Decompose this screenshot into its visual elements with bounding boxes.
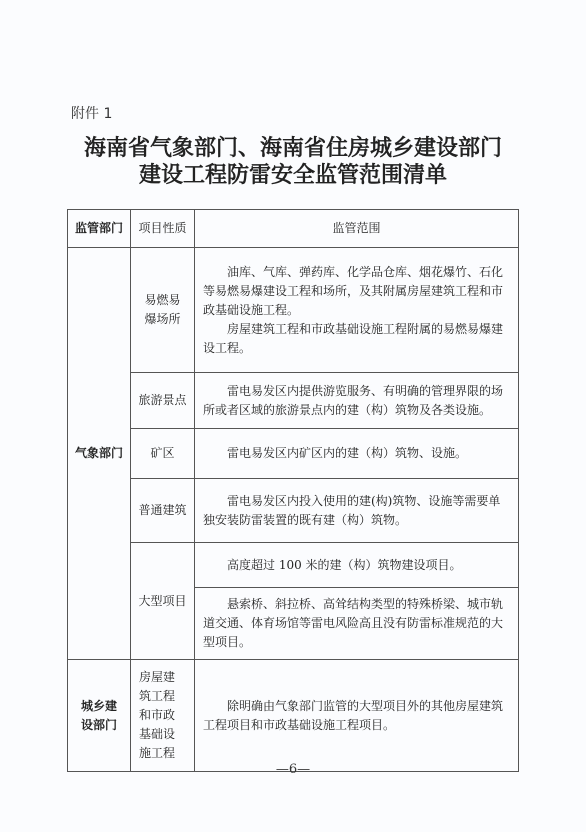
document-title-line-2: 建设工程防雷安全监管范围清单 — [0, 158, 586, 189]
table-row: 城乡建设部门 房屋建筑工程和市政基础设施工程 除明确由气象部门监管的大型项目外的… — [68, 660, 519, 772]
scope-cell: 雷电易发区内投入使用的建(构)筑物、设施等需要单独安装防雷装置的既有建（构）筑物… — [195, 479, 519, 543]
table-row: 普通建筑 雷电易发区内投入使用的建(构)筑物、设施等需要单独安装防雷装置的既有建… — [68, 479, 519, 543]
header-department: 监管部门 — [68, 210, 131, 248]
nature-cell: 大型项目 — [131, 543, 195, 660]
scope-cell: 悬索桥、斜拉桥、高耸结构类型的特殊桥梁、城市轨道交通、体育场馆等雷电风险高且没有… — [195, 588, 519, 660]
nature-cell: 矿区 — [131, 429, 195, 479]
scope-cell: 除明确由气象部门监管的大型项目外的其他房屋建筑工程项目和市政基础设施工程项目。 — [195, 660, 519, 772]
nature-text: 房屋建筑工程和市政基础设施工程 — [131, 668, 194, 763]
table-row: 矿区 雷电易发区内矿区内的建（构）筑物、设施。 — [68, 429, 519, 479]
header-project-nature: 项目性质 — [131, 210, 195, 248]
scope-text: 雷电易发区内提供游览服务、有明确的管理界限的场所或者区域的旅游景点内的建（构）筑… — [203, 382, 512, 420]
scope-text: 油库、气库、弹药库、化学品仓库、烟花爆竹、石化等易燃易爆建设工程和场所，及其附属… — [203, 263, 512, 320]
attachment-label: 附件 1 — [71, 103, 112, 123]
scope-text: 房屋建筑工程和市政基础设施工程附属的易燃易爆建设工程。 — [203, 320, 512, 358]
scope-cell: 高度超过 100 米的建（构）筑物建设项目。 — [195, 543, 519, 588]
scope-text: 高度超过 100 米的建（构）筑物建设项目。 — [203, 556, 512, 575]
scope-text: 悬索桥、斜拉桥、高耸结构类型的特殊桥梁、城市轨道交通、体育场馆等雷电风险高且没有… — [203, 595, 512, 652]
scope-cell: 雷电易发区内矿区内的建（构）筑物、设施。 — [195, 429, 519, 479]
scope-cell: 雷电易发区内提供游览服务、有明确的管理界限的场所或者区域的旅游景点内的建（构）筑… — [195, 373, 519, 429]
nature-cell: 旅游景点 — [131, 373, 195, 429]
table-header-row: 监管部门 项目性质 监管范围 — [68, 210, 519, 248]
nature-text: 易燃易爆场所 — [131, 291, 194, 329]
page-number: —6— — [0, 762, 586, 777]
scope-text: 除明确由气象部门监管的大型项目外的其他房屋建筑工程项目和市政基础设施工程项目。 — [203, 697, 512, 735]
header-scope: 监管范围 — [195, 210, 519, 248]
scope-text: 雷电易发区内矿区内的建（构）筑物、设施。 — [203, 444, 512, 463]
nature-cell: 房屋建筑工程和市政基础设施工程 — [131, 660, 195, 772]
department-text: 城乡建设部门 — [68, 697, 130, 735]
scope-text: 雷电易发区内投入使用的建(构)筑物、设施等需要单独安装防雷装置的既有建（构）筑物… — [203, 492, 512, 530]
table-row: 旅游景点 雷电易发区内提供游览服务、有明确的管理界限的场所或者区域的旅游景点内的… — [68, 373, 519, 429]
department-cell: 气象部门 — [68, 248, 131, 660]
scope-cell: 油库、气库、弹药库、化学品仓库、烟花爆竹、石化等易燃易爆建设工程和场所，及其附属… — [195, 248, 519, 373]
nature-cell: 易燃易爆场所 — [131, 248, 195, 373]
supervision-scope-table: 监管部门 项目性质 监管范围 气象部门 易燃易爆场所 油库、气库、弹药库、化学品… — [67, 209, 519, 772]
table-row: 气象部门 易燃易爆场所 油库、气库、弹药库、化学品仓库、烟花爆竹、石化等易燃易爆… — [68, 248, 519, 373]
table-row: 大型项目 高度超过 100 米的建（构）筑物建设项目。 — [68, 543, 519, 588]
department-cell: 城乡建设部门 — [68, 660, 131, 772]
nature-cell: 普通建筑 — [131, 479, 195, 543]
